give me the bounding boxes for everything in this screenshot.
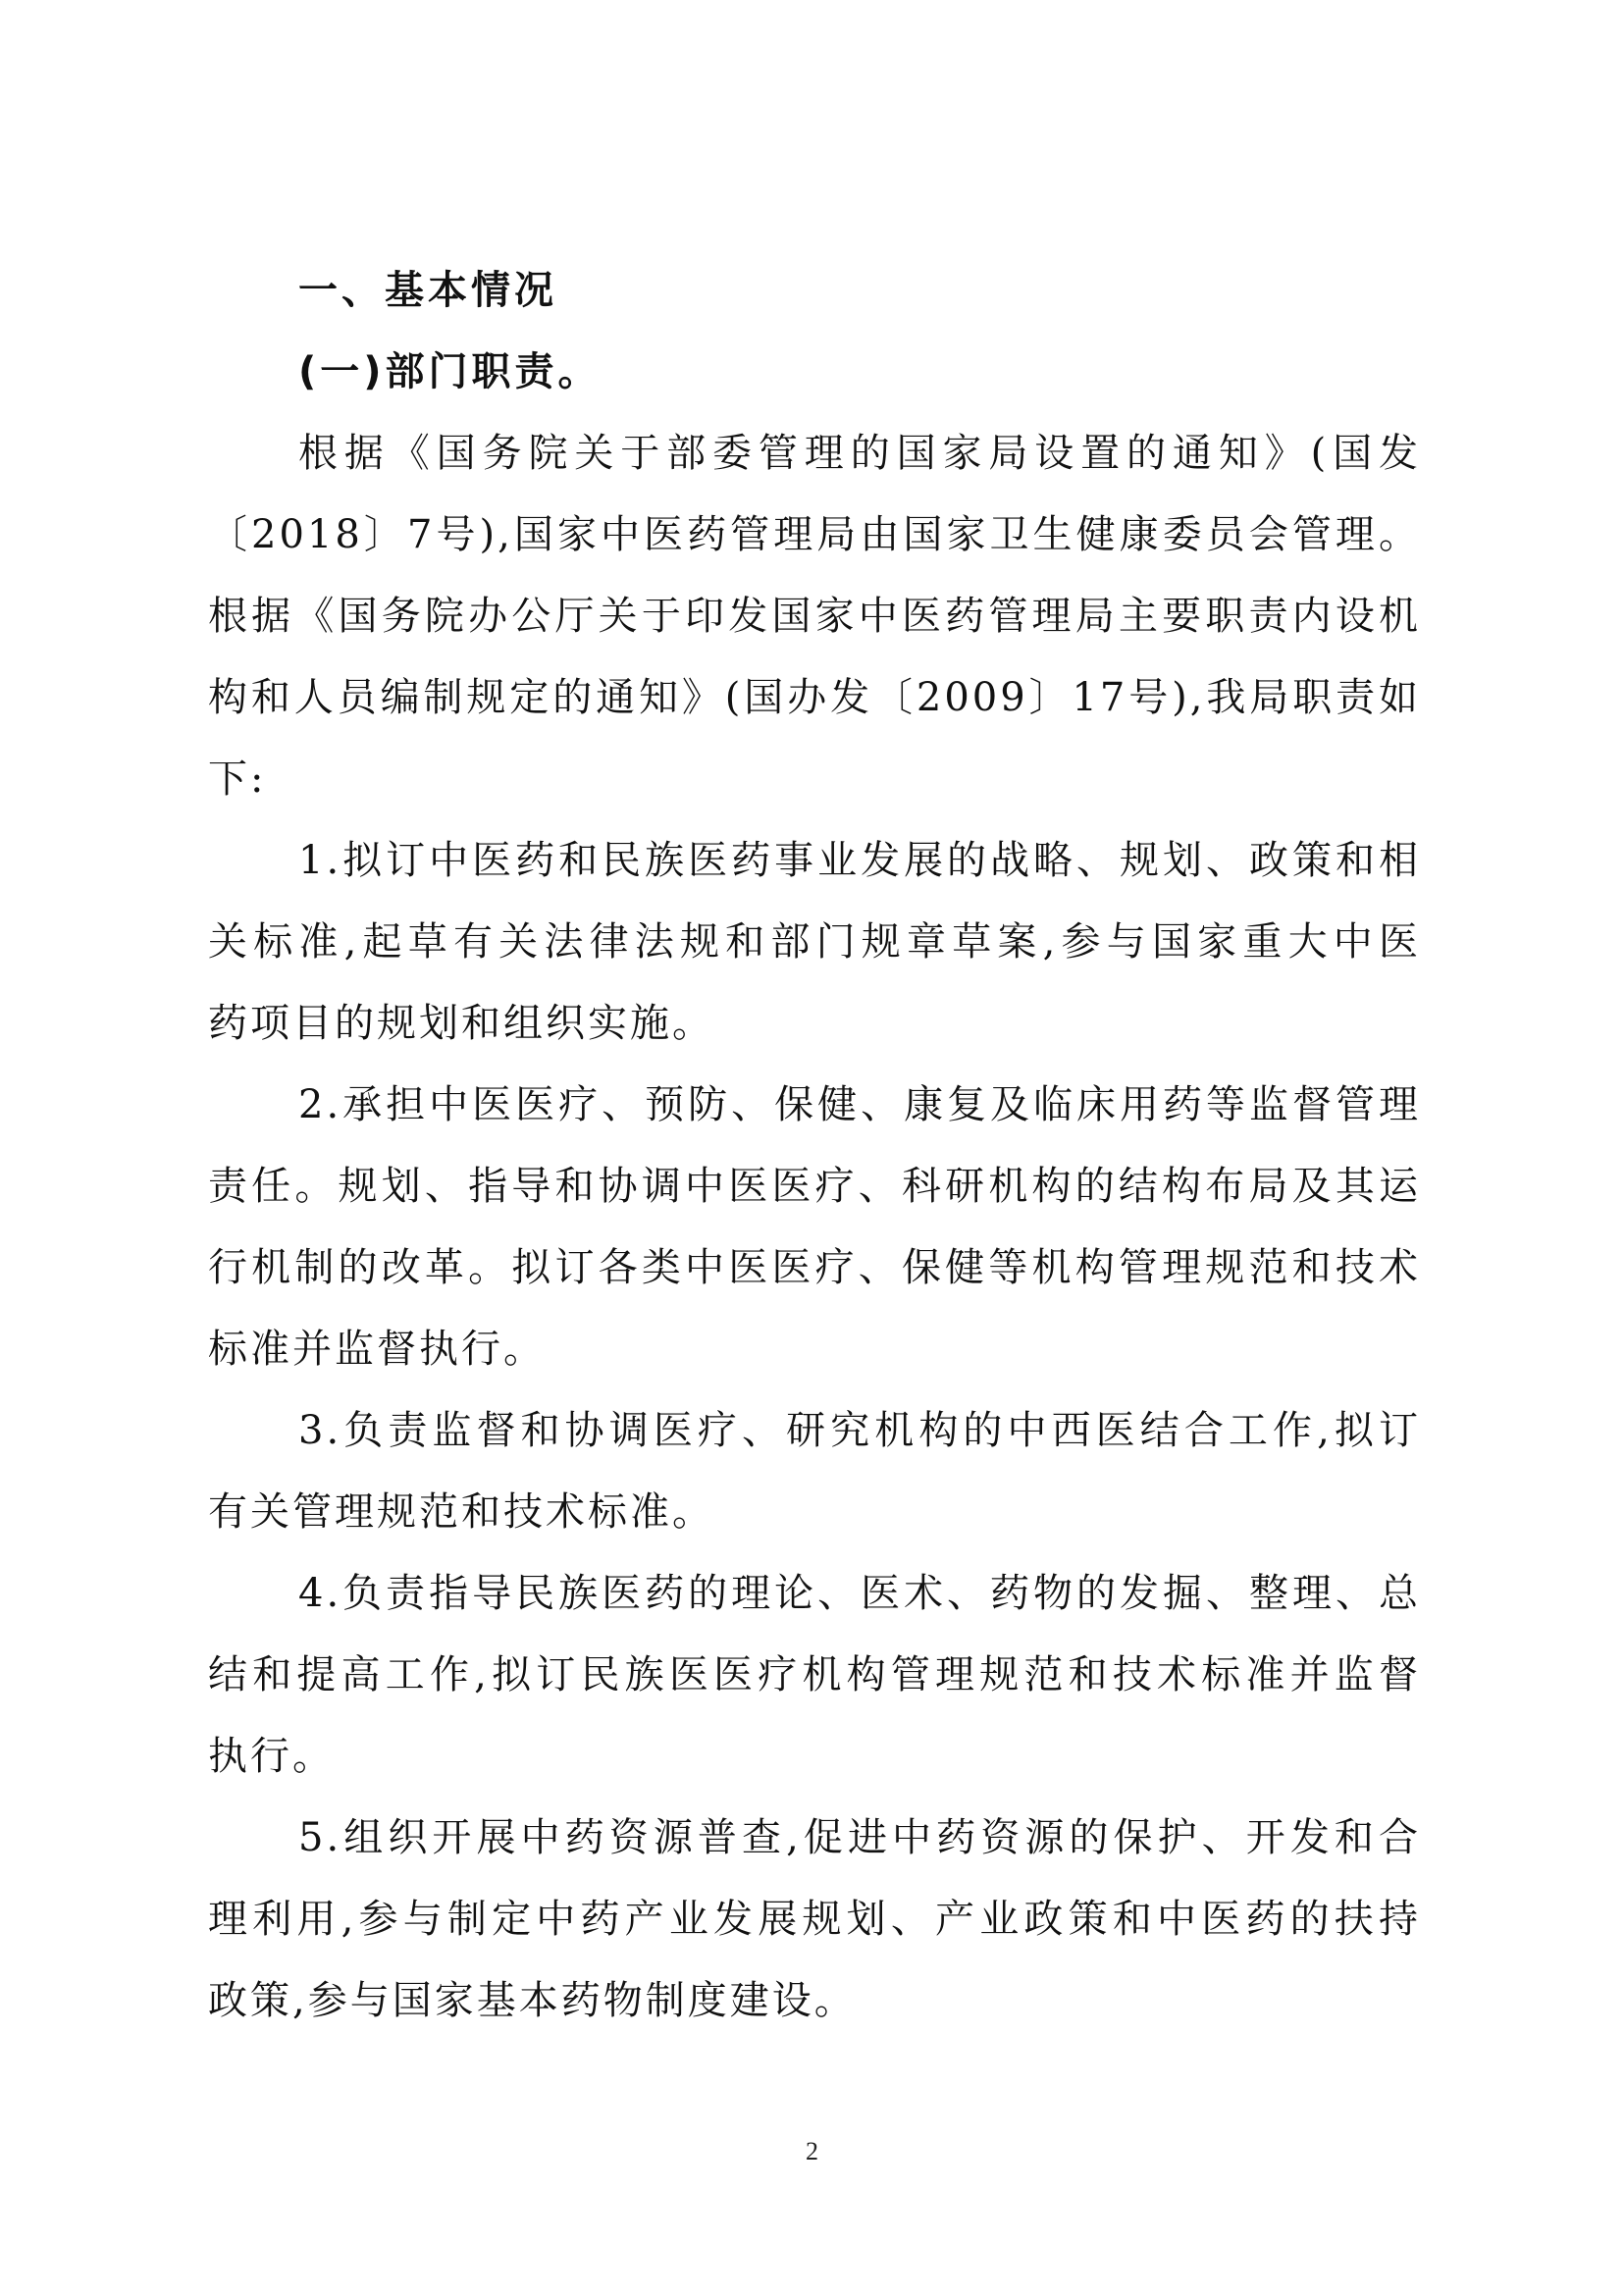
duty-item-2: 2.承担中医医疗、预防、保健、康复及临床用药等监督管理 责任。规划、指导和协调中… xyxy=(208,1065,1421,1390)
paragraph-line: 行机制的改革。拟订各类中医医疗、保健等机构管理规范和技术 xyxy=(208,1227,1421,1309)
paragraph-line: 下: xyxy=(208,739,1421,820)
duty-item-1: 1.拟订中医药和民族医药事业发展的战略、规划、政策和相 关标准,起草有关法律法规… xyxy=(208,820,1421,1065)
paragraph-line: 政策,参与国家基本药物制度建设。 xyxy=(208,1960,1421,2042)
paragraph-line: 标准并监督执行。 xyxy=(208,1309,1421,1390)
duty-item-4: 4.负责指导民族医药的理论、医术、药物的发掘、整理、总 结和提高工作,拟订民族医… xyxy=(208,1553,1421,1798)
paragraph-line: 构和人员编制规定的通知》(国办发〔2009〕17号),我局职责如 xyxy=(208,657,1421,739)
paragraph-line: 5.组织开展中药资源普查,促进中药资源的保护、开发和合 xyxy=(208,1798,1421,1879)
paragraph-line: 3.负责监督和协调医疗、研究机构的中西医结合工作,拟订 xyxy=(208,1390,1421,1472)
section-heading-basic-info: 一、基本情况 xyxy=(208,250,1421,332)
paragraph-line: 药项目的规划和组织实施。 xyxy=(208,983,1421,1065)
page-content: 一、基本情况 (一)部门职责。 根据《国务院关于部委管理的国家局设置的通知》(国… xyxy=(208,250,1421,2042)
paragraph-line: 执行。 xyxy=(208,1716,1421,1798)
paragraph-line: 根据《国务院关于部委管理的国家局设置的通知》(国发 xyxy=(208,413,1421,495)
duty-item-5: 5.组织开展中药资源普查,促进中药资源的保护、开发和合 理利用,参与制定中药产业… xyxy=(208,1798,1421,2042)
duty-item-3: 3.负责监督和协调医疗、研究机构的中西医结合工作,拟订 有关管理规范和技术标准。 xyxy=(208,1390,1421,1553)
intro-paragraph: 根据《国务院关于部委管理的国家局设置的通知》(国发 〔2018〕7号),国家中医… xyxy=(208,413,1421,820)
paragraph-line: 〔2018〕7号),国家中医药管理局由国家卫生健康委员会管理。 xyxy=(208,495,1421,576)
paragraph-line: 结和提高工作,拟订民族医医疗机构管理规范和技术标准并监督 xyxy=(208,1635,1421,1716)
paragraph-line: 1.拟订中医药和民族医药事业发展的战略、规划、政策和相 xyxy=(208,820,1421,902)
paragraph-line: 2.承担中医医疗、预防、保健、康复及临床用药等监督管理 xyxy=(208,1065,1421,1146)
paragraph-line: 根据《国务院办公厅关于印发国家中医药管理局主要职责内设机 xyxy=(208,576,1421,657)
paragraph-line: 责任。规划、指导和协调中医医疗、科研机构的结构布局及其运 xyxy=(208,1146,1421,1227)
paragraph-line: 理利用,参与制定中药产业发展规划、产业政策和中医药的扶持 xyxy=(208,1879,1421,1960)
paragraph-line: 4.负责指导民族医药的理论、医术、药物的发掘、整理、总 xyxy=(208,1553,1421,1635)
paragraph-line: 关标准,起草有关法律法规和部门规章草案,参与国家重大中医 xyxy=(208,902,1421,983)
subsection-heading-department-duties: (一)部门职责。 xyxy=(208,332,1421,413)
page-number: 2 xyxy=(0,2137,1624,2166)
document-page: 一、基本情况 (一)部门职责。 根据《国务院关于部委管理的国家局设置的通知》(国… xyxy=(0,0,1624,2295)
paragraph-line: 有关管理规范和技术标准。 xyxy=(208,1472,1421,1553)
